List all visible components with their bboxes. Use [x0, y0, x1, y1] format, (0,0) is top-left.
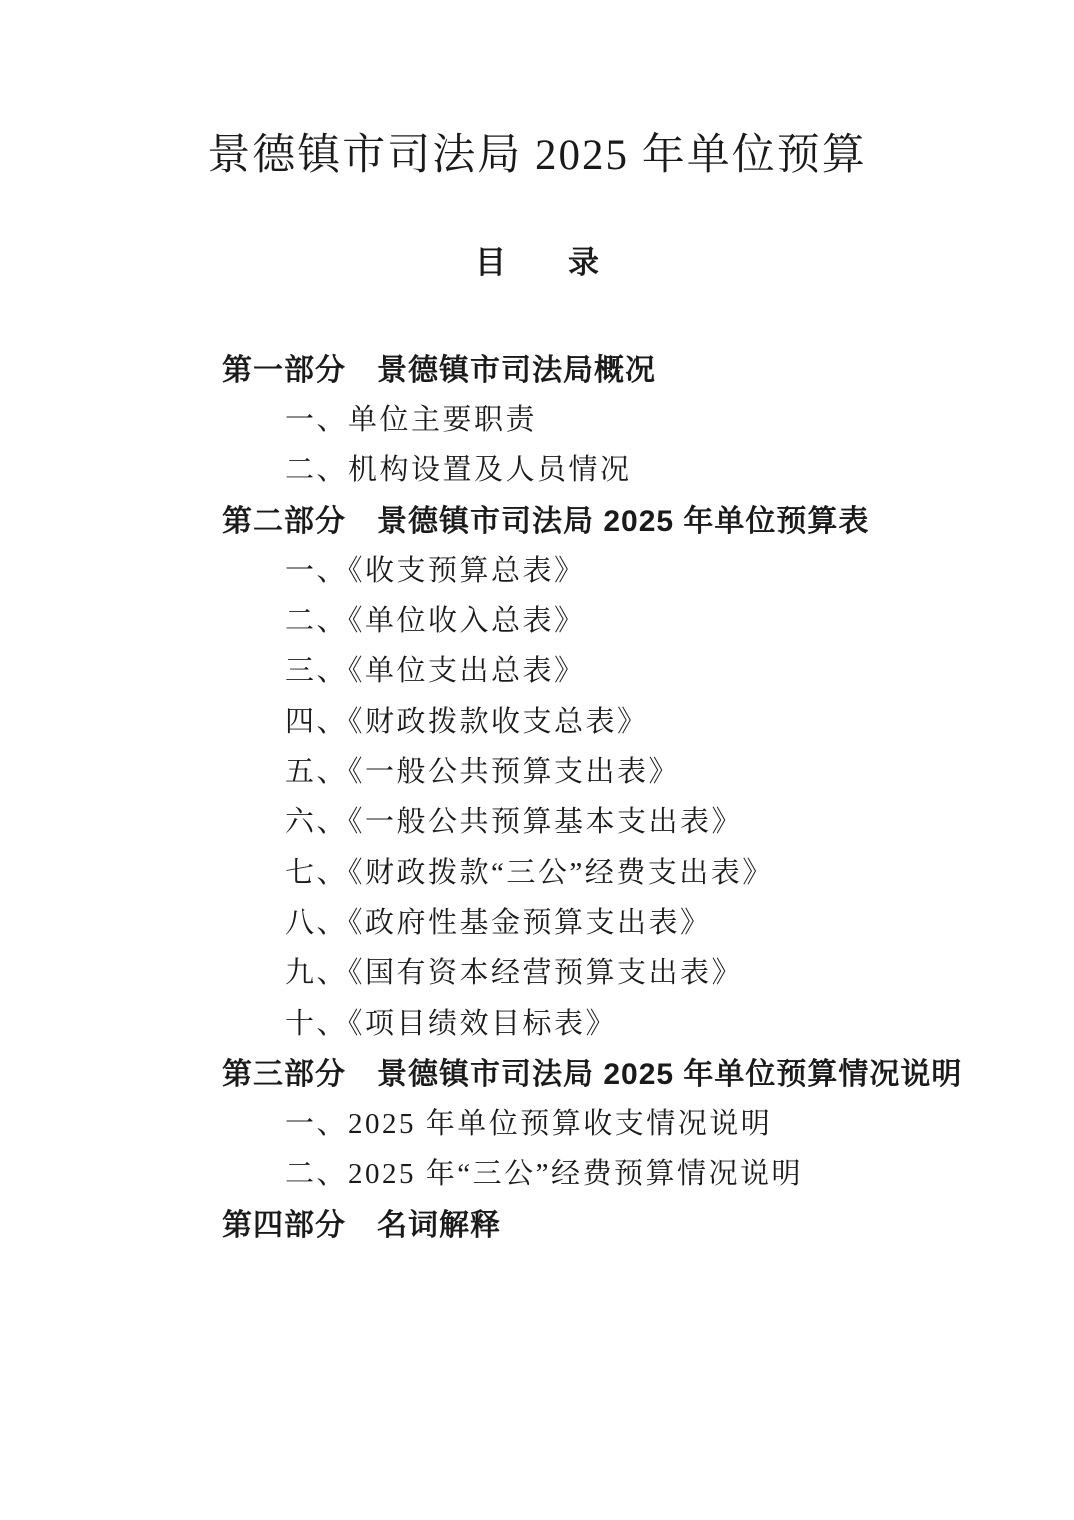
- toc-part-heading: 第一部分 景德镇市司法局概况: [0, 342, 1074, 392]
- toc-item: 一、2025 年单位预算收支情况说明: [0, 1096, 1074, 1146]
- page-title: 景德镇市司法局 2025 年单位预算: [0, 130, 1074, 182]
- toc-item: 二、《单位收入总表》: [0, 593, 1074, 643]
- toc-part-heading: 第二部分 景德镇市司法局 2025 年单位预算表: [0, 493, 1074, 543]
- toc-item: 九、《国有资本经营预算支出表》: [0, 946, 1074, 996]
- toc-item: 一、《收支预算总表》: [0, 543, 1074, 593]
- toc-item: 六、《一般公共预算基本支出表》: [0, 795, 1074, 845]
- document-page: 景德镇市司法局 2025 年单位预算 目 录 第一部分 景德镇市司法局概况 一、…: [0, 0, 1074, 1520]
- table-of-contents: 第一部分 景德镇市司法局概况 一、单位主要职责 二、机构设置及人员情况 第二部分…: [0, 342, 1074, 1247]
- toc-item: 四、《财政拨款收支总表》: [0, 694, 1074, 744]
- toc-item: 二、机构设置及人员情况: [0, 443, 1074, 493]
- toc-part-heading: 第三部分 景德镇市司法局 2025 年单位预算情况说明: [0, 1046, 1074, 1096]
- toc-part-heading: 第四部分 名词解释: [0, 1197, 1074, 1247]
- toc-item: 一、单位主要职责: [0, 392, 1074, 442]
- toc-item: 三、《单位支出总表》: [0, 644, 1074, 694]
- toc-item: 五、《一般公共预算支出表》: [0, 744, 1074, 794]
- toc-item: 八、《政府性基金预算支出表》: [0, 895, 1074, 945]
- toc-item: 七、《财政拨款“三公”经费支出表》: [0, 845, 1074, 895]
- toc-item: 二、2025 年“三公”经费预算情况说明: [0, 1147, 1074, 1197]
- toc-item: 十、《项目绩效目标表》: [0, 996, 1074, 1046]
- toc-heading: 目 录: [0, 244, 1074, 281]
